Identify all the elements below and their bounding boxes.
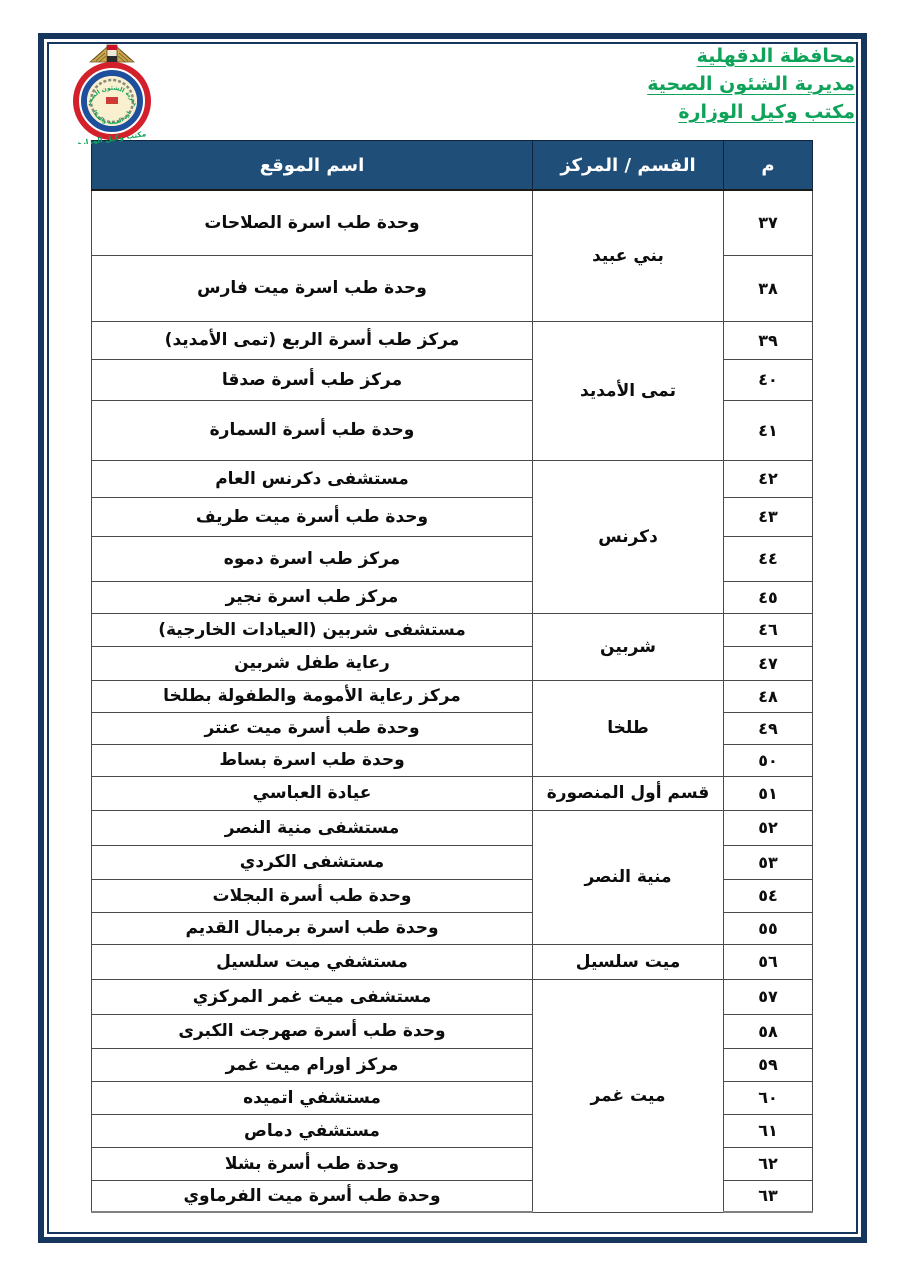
district-cell: منية النصر <box>533 810 724 944</box>
site-cell: مركز طب أسرة صدقا <box>92 359 533 400</box>
row-number-cell: ٦٢ <box>724 1147 813 1180</box>
row-number-cell: ٥٣ <box>724 845 813 879</box>
row-number-cell: ٥٤ <box>724 879 813 912</box>
row-number-cell: ٥١ <box>724 776 813 810</box>
site-cell: وحدة طب أسرة السمارة <box>92 400 533 460</box>
district-cell: شربين <box>533 613 724 680</box>
table-row: ٣٧بني عبيدوحدة طب اسرة الصلاحات <box>92 190 813 255</box>
letterhead: محافظة الدقهلية مديرية الشئون الصحية مكت… <box>647 45 855 129</box>
district-cell: طلخا <box>533 680 724 776</box>
site-cell: وحدة طب أسرة بشلا <box>92 1147 533 1180</box>
row-number-cell: ٤٩ <box>724 712 813 744</box>
district-cell: بني عبيد <box>533 190 724 321</box>
row-number-cell: ٣٨ <box>724 255 813 321</box>
site-cell: وحدة طب اسرة الصلاحات <box>92 190 533 255</box>
row-number-cell: ٤٧ <box>724 646 813 680</box>
table-row: ٥٦ميت سلسيلمستشفي ميت سلسيل <box>92 944 813 979</box>
site-cell: مركز طب اسرة دموه <box>92 536 533 581</box>
site-cell: وحدة طب اسرة برمبال القديم <box>92 912 533 944</box>
header-cell-site: اسم الموقع <box>92 141 533 191</box>
row-number-cell: ٦٣ <box>724 1180 813 1212</box>
district-cell: ميت سلسيل <box>533 944 724 979</box>
eagle-icon <box>90 45 134 62</box>
site-cell: مستشفي دماص <box>92 1114 533 1147</box>
row-number-cell: ٤٤ <box>724 536 813 581</box>
site-cell: مستشفي اتميده <box>92 1081 533 1114</box>
site-cell: وحدة طب اسرة ميت فارس <box>92 255 533 321</box>
table-row: ٥٧ميت غمرمستشفى ميت غمر المركزي <box>92 979 813 1014</box>
district-cell: قسم أول المنصورة <box>533 776 724 810</box>
letterhead-governorate: محافظة الدقهلية <box>647 45 855 67</box>
facilities-table: م القسم / المركز اسم الموقع ٣٧بني عبيدوح… <box>91 140 813 1213</box>
row-number-cell: ٥٩ <box>724 1048 813 1081</box>
ministry-emblem-icon: مديرية الشئون الصحية وزارة الصحة والسكان… <box>60 40 164 144</box>
row-number-cell: ٥٨ <box>724 1014 813 1048</box>
ministry-of-health-logo: مديرية الشئون الصحية وزارة الصحة والسكان… <box>60 40 164 144</box>
row-number-cell: ٤٨ <box>724 680 813 712</box>
row-number-cell: ٤٣ <box>724 497 813 536</box>
facility-table-body: ٣٧بني عبيدوحدة طب اسرة الصلاحات٣٨وحدة طب… <box>92 190 813 1212</box>
site-cell: مركز رعاية الأمومة والطفولة بطلخا <box>92 680 533 712</box>
table-row: ٤٨طلخامركز رعاية الأمومة والطفولة بطلخا <box>92 680 813 712</box>
row-number-cell: ٤٥ <box>724 581 813 613</box>
site-cell: عيادة العباسي <box>92 776 533 810</box>
row-number-cell: ٥٠ <box>724 744 813 776</box>
site-cell: مركز اورام ميت غمر <box>92 1048 533 1081</box>
site-cell: مستشفى منية النصر <box>92 810 533 845</box>
site-cell: مركز طب اسرة نجير <box>92 581 533 613</box>
site-cell: مستشفى دكرنس العام <box>92 460 533 497</box>
row-number-cell: ٣٧ <box>724 190 813 255</box>
header-cell-district: القسم / المركز <box>533 141 724 191</box>
row-number-cell: ٦١ <box>724 1114 813 1147</box>
district-cell: تمى الأمديد <box>533 321 724 460</box>
district-cell: ميت غمر <box>533 979 724 1212</box>
row-number-cell: ٥٢ <box>724 810 813 845</box>
header-cell-number: م <box>724 141 813 191</box>
site-cell: مركز طب أسرة الربع (تمى الأمديد) <box>92 321 533 359</box>
site-cell: وحدة طب أسرة البجلات <box>92 879 533 912</box>
site-cell: مستشفى شربين (العيادات الخارجية) <box>92 613 533 646</box>
site-cell: وحدة طب أسرة ميت عنتر <box>92 712 533 744</box>
row-number-cell: ٤١ <box>724 400 813 460</box>
site-cell: مستشفى الكردي <box>92 845 533 879</box>
site-cell: رعاية طفل شربين <box>92 646 533 680</box>
table-row: ٤٢دكرنسمستشفى دكرنس العام <box>92 460 813 497</box>
table-row: ٣٩تمى الأمديدمركز طب أسرة الربع (تمى الأ… <box>92 321 813 359</box>
row-number-cell: ٣٩ <box>724 321 813 359</box>
table-row: ٥٢منية النصرمستشفى منية النصر <box>92 810 813 845</box>
letterhead-directorate: مديرية الشئون الصحية <box>647 73 855 95</box>
table-row: ٥١قسم أول المنصورةعيادة العباسي <box>92 776 813 810</box>
row-number-cell: ٤٢ <box>724 460 813 497</box>
row-number-cell: ٤٠ <box>724 359 813 400</box>
table-row: ٤٦شربينمستشفى شربين (العيادات الخارجية) <box>92 613 813 646</box>
site-cell: وحدة طب اسرة بساط <box>92 744 533 776</box>
site-cell: مستشفى ميت غمر المركزي <box>92 979 533 1014</box>
site-cell: مستشفي ميت سلسيل <box>92 944 533 979</box>
row-number-cell: ٦٠ <box>724 1081 813 1114</box>
site-cell: وحدة طب أسرة ميت الفرماوي <box>92 1180 533 1212</box>
row-number-cell: ٥٧ <box>724 979 813 1014</box>
scanned-document-page: { "letterhead": { "lines": ["محافظة الدق… <box>0 0 905 1279</box>
site-cell: وحدة طب أسرة صهرجت الكبرى <box>92 1014 533 1048</box>
table-header-row: م القسم / المركز اسم الموقع <box>92 141 813 191</box>
letterhead-office: مكتب وكيل الوزارة <box>647 101 855 123</box>
row-number-cell: ٤٦ <box>724 613 813 646</box>
site-cell: وحدة طب أسرة ميت طريف <box>92 497 533 536</box>
row-number-cell: ٥٥ <box>724 912 813 944</box>
district-cell: دكرنس <box>533 460 724 613</box>
row-number-cell: ٥٦ <box>724 944 813 979</box>
